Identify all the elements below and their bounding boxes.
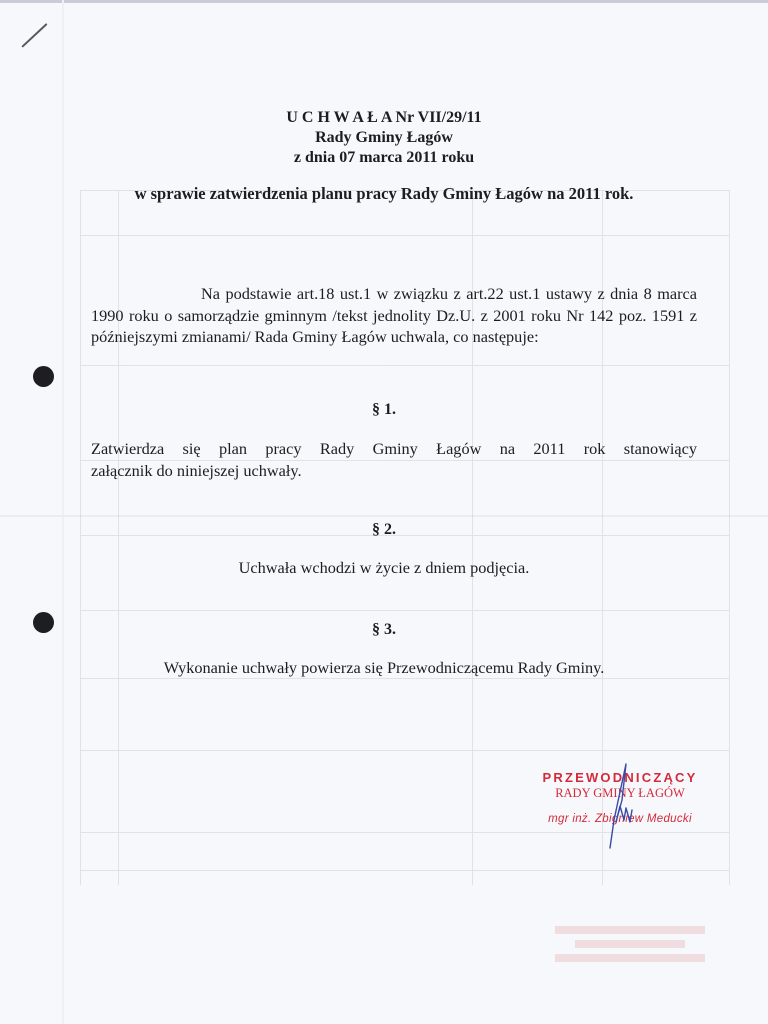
scanned-page: U C H W A Ł A Nr VII/29/11 Rady Gminy Ła… — [0, 0, 768, 1024]
resolution-subject: w sprawie zatwierdzenia planu pracy Rady… — [0, 184, 768, 204]
pen-mark — [21, 23, 47, 48]
resolution-date: z dnia 07 marca 2011 roku — [0, 148, 768, 168]
section-1-text: Zatwierdza się plan pracy Rady Gminy Łag… — [91, 438, 697, 481]
scan-top-edge — [0, 0, 768, 3]
preamble-text: Na podstawie art.18 ust.1 w związku z ar… — [91, 284, 697, 346]
section-2-mark: § 2. — [0, 521, 768, 539]
issuing-body: Rady Gminy Łagów — [0, 128, 768, 148]
section-1-line-1: Zatwierdza się plan pracy Rady Gminy Łag… — [91, 438, 697, 460]
resolution-title: U C H W A Ł A Nr VII/29/11 Rady Gminy Ła… — [0, 108, 768, 168]
section-3-mark: § 3. — [0, 621, 768, 639]
signature-icon — [596, 760, 636, 850]
preamble: Na podstawie art.18 ust.1 w związku z ar… — [91, 283, 697, 348]
section-2-text: Uchwała wchodzi w życie z dniem podjęcia… — [0, 557, 768, 579]
section-1-line-2: załącznik do niniejszej uchwały. — [91, 461, 302, 480]
section-1-mark: § 1. — [0, 401, 768, 419]
bleed-through-stamp — [545, 920, 715, 980]
resolution-number: U C H W A Ł A Nr VII/29/11 — [0, 108, 768, 128]
section-3-text: Wykonanie uchwały powierza się Przewodni… — [0, 657, 768, 679]
punch-hole — [33, 366, 54, 387]
